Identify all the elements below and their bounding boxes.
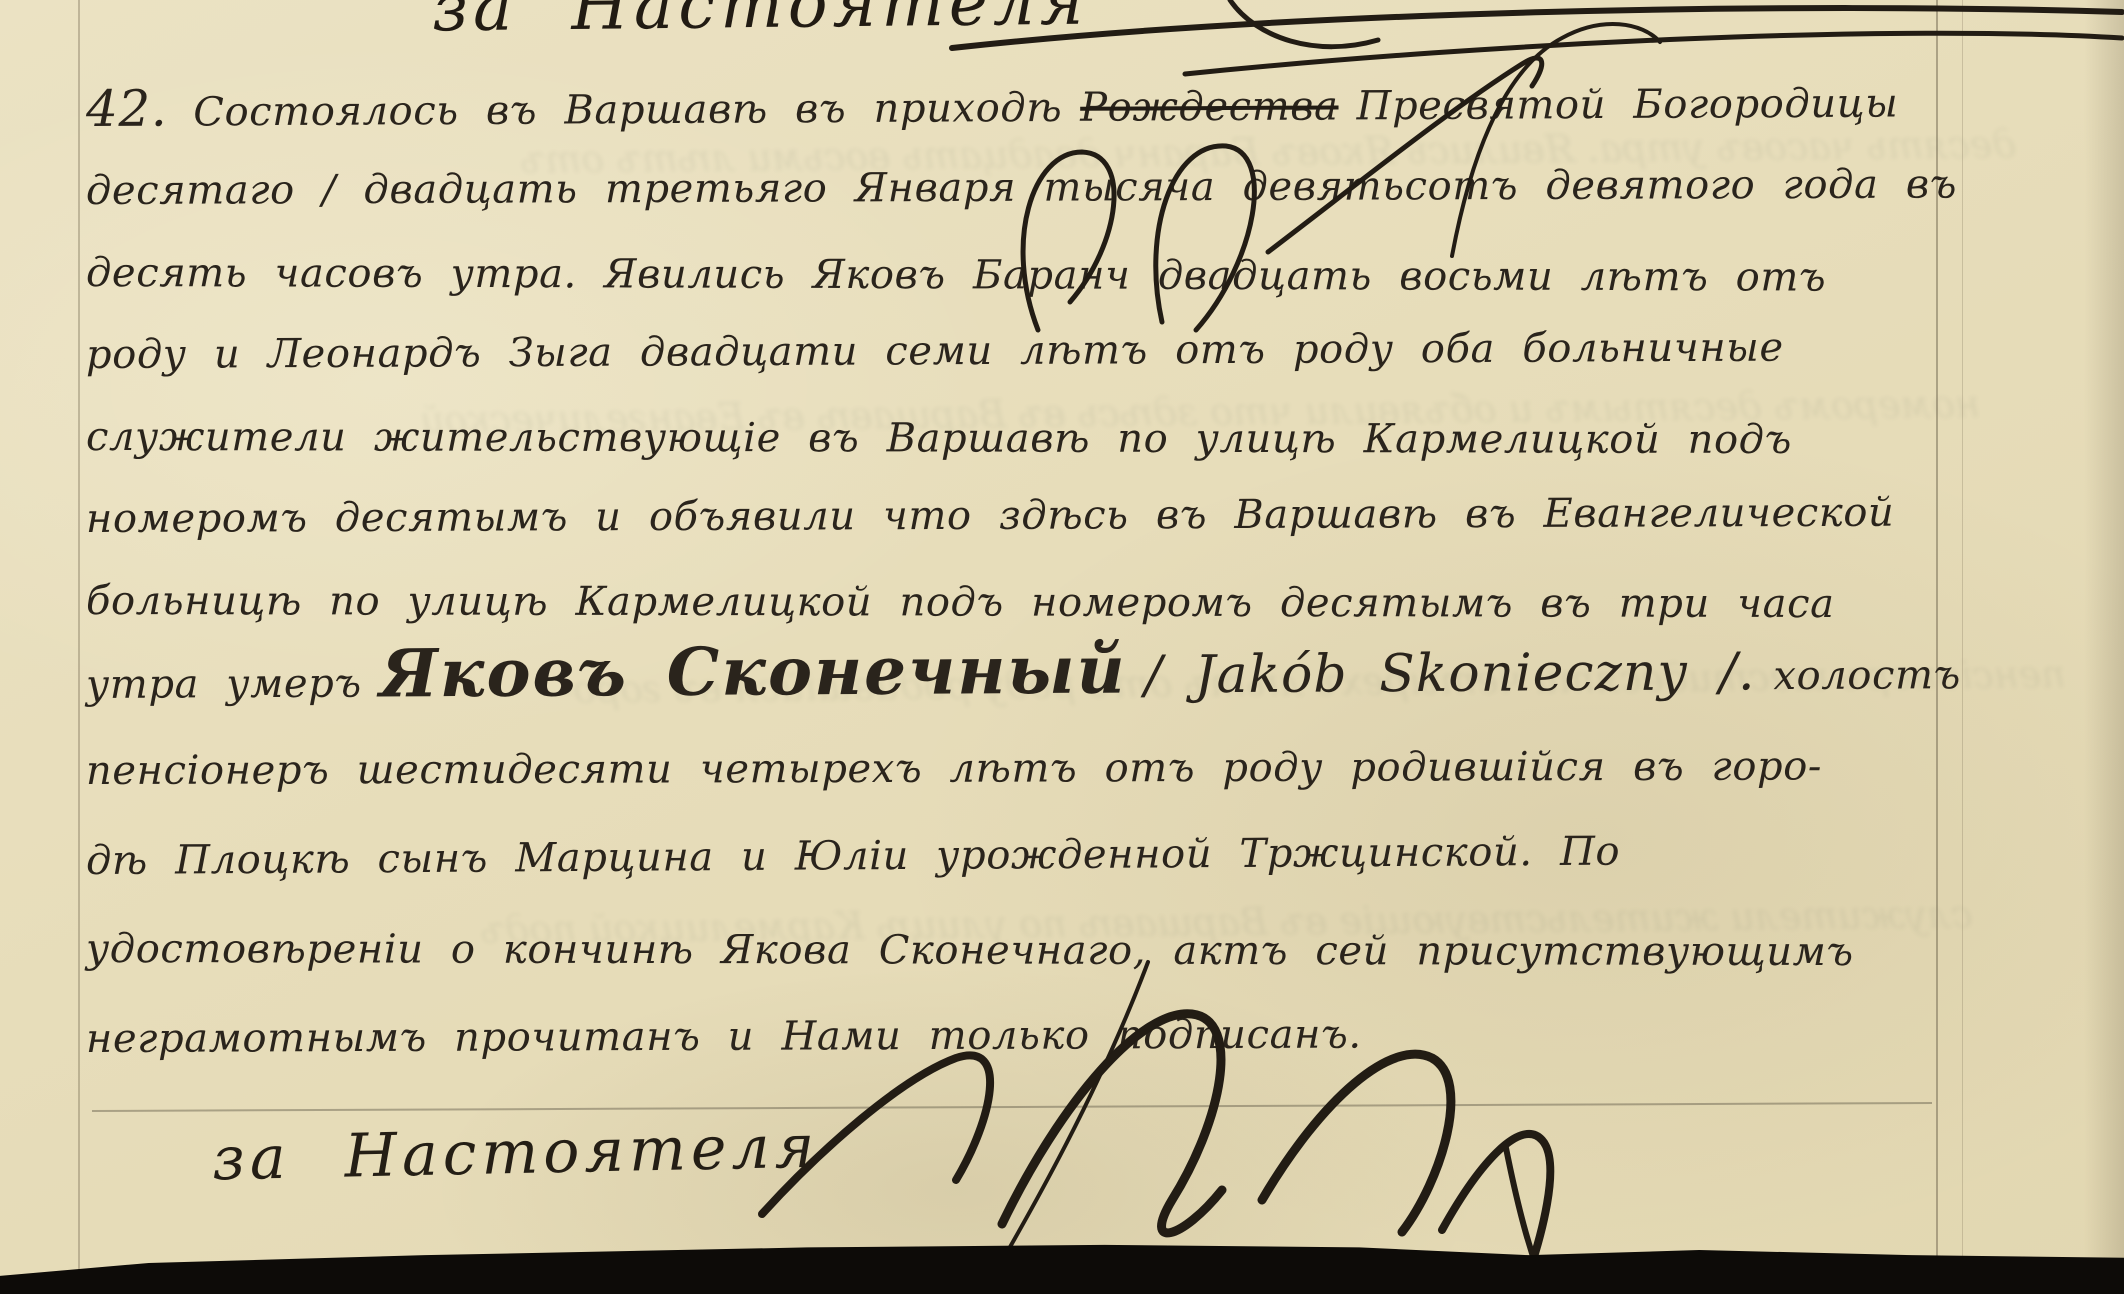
signature-stroke — [952, 8, 2122, 48]
record-line-death: утра умеръ Яковъ Сконечный / Jakób Skoni… — [86, 626, 1961, 714]
pencil-rule-line — [92, 1102, 1932, 1112]
record-line: десять часовъ утра. Явились Яковъ Баранч… — [86, 250, 1826, 301]
deceased-name-latin: / Jakób Skonieczny /. — [1144, 642, 1755, 705]
left-margin-line — [78, 0, 80, 1294]
record-line: служители жительствующіе въ Варшавѣ по у… — [86, 414, 1792, 463]
previous-entry-closing-label: за Настоятеля — [432, 0, 1089, 46]
record-line-text: Состоялось въ Варшавѣ въ приходѣ — [193, 85, 1062, 136]
page-edge-shadow — [2084, 0, 2124, 1294]
struck-word: Рождества — [1080, 83, 1339, 130]
signature-stroke — [1262, 1054, 1451, 1232]
signature-stroke — [1452, 24, 1660, 256]
record-line-text: утра умеръ — [86, 661, 362, 708]
record-line-text: Пресвятой Богородицы — [1356, 81, 1898, 130]
scanned-register-page: десять часовъ утра. Явились Яковъ Баранч… — [0, 0, 2124, 1294]
record-line: десятаго / двадцать третьяго Января тыся… — [86, 161, 1957, 214]
signature-stroke — [1230, 0, 1378, 47]
record-number: 42. — [86, 80, 168, 138]
deceased-name-cyrillic: Яковъ Сконечный — [379, 631, 1126, 713]
record-line: неграмотнымъ прочитанъ и Нами только под… — [86, 1012, 1362, 1062]
record-line: больницѣ по улицѣ Кармелицкой подъ номер… — [86, 578, 1835, 627]
record-line-text: холостъ — [1773, 652, 1961, 699]
record-line: номеромъ десятымъ и объявили что здѣсь в… — [86, 490, 1895, 542]
record-line: дѣ Плоцкѣ сынъ Марцина и Юліи урожденной… — [86, 829, 1620, 884]
record-line: пенсіонеръ шестидесяти четырехъ лѣтъ отъ… — [86, 743, 1822, 794]
record-line: 42. Состоялось въ Варшавѣ въ приходѣ Рож… — [86, 71, 1899, 138]
right-page-crease-2 — [1962, 0, 1963, 1294]
signature-stroke — [1185, 33, 2122, 74]
closing-label: за Настоятеля — [211, 1112, 820, 1195]
record-line: удостовѣреніи о кончинѣ Якова Сконечнаго… — [86, 926, 1854, 975]
record-line: роду и Леонардъ Зыга двадцати семи лѣтъ … — [86, 325, 1784, 378]
